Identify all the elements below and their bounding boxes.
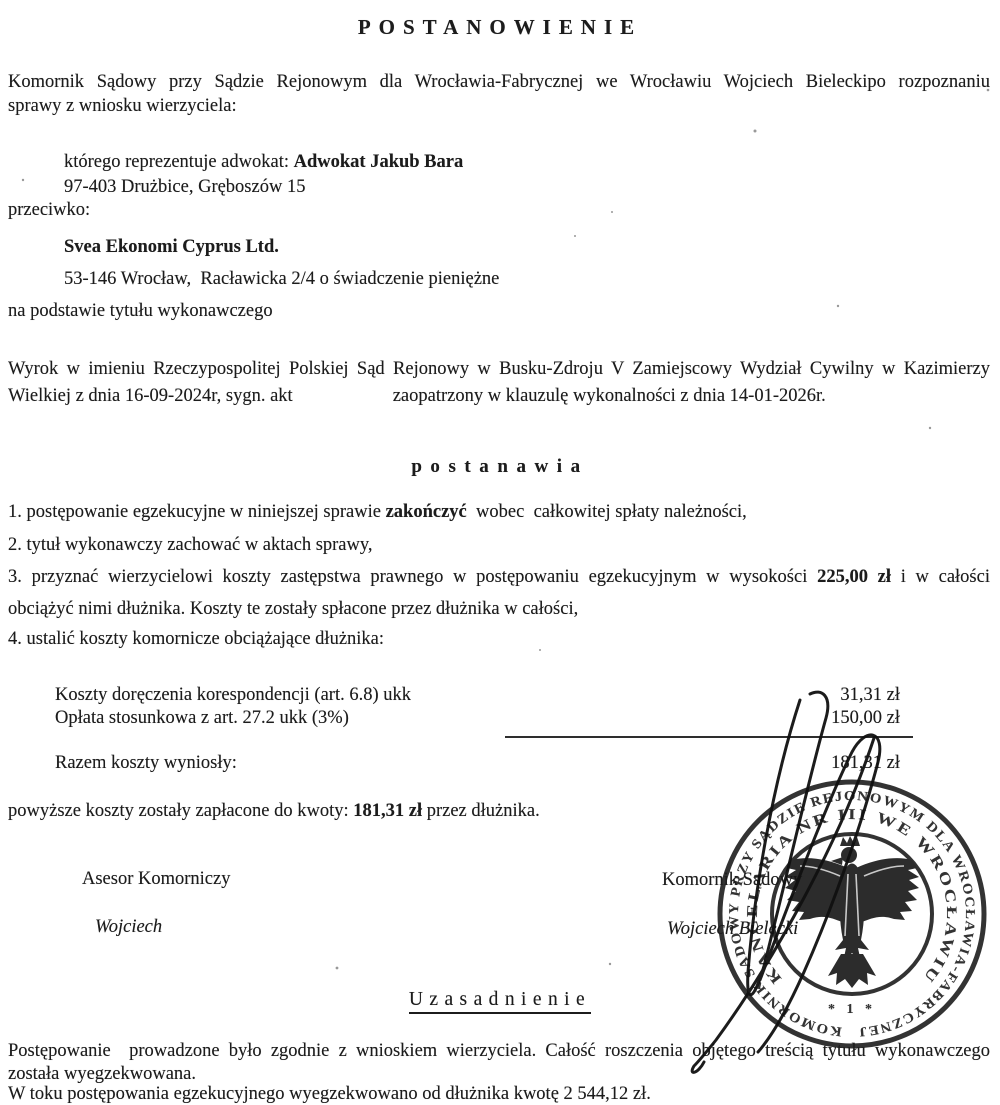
costs-paid-line: powyższe koszty zostały zapłacone do kwo… xyxy=(8,800,540,822)
creditor-representative-line: którego reprezentuje adwokat: Adwokat Ja… xyxy=(64,151,463,173)
order-item-3-line2: obciążyć nimi dłużnika. Koszty te został… xyxy=(8,598,578,620)
intro-paragraph-line2: sprawy z wniosku wierzyciela: xyxy=(8,95,237,117)
assessor-name: Wojciech xyxy=(95,916,162,938)
judgment-line2: Wielkiej z dnia 16-09-2024r, sygn. aktza… xyxy=(8,385,826,407)
against-label: przeciwko: xyxy=(8,199,90,221)
costs-paid-amount: 181,31 zł xyxy=(353,801,422,821)
reasoning-line2: została wyegzekwowana. xyxy=(8,1063,196,1085)
order-heading: postanawia xyxy=(0,456,1000,479)
order-item-3-tail: i w całości xyxy=(891,567,990,587)
bailiff-title: Komornik Sądowy xyxy=(662,869,802,891)
polish-eagle-icon xyxy=(785,836,919,988)
bailiff-name: Wojciech Bielecki xyxy=(667,918,798,940)
order-item-3-amount: 225,00 zł xyxy=(817,567,891,587)
judgment-line2-end: zaopatrzony w klauzulę wykonalności z dn… xyxy=(393,386,826,406)
debtor-address: 53-146 Wrocław, Racławicka 2/4 o świadcz… xyxy=(64,268,499,290)
document-title: POSTANOWIENIE xyxy=(0,15,1000,40)
cost-row-label: Opłata stosunkowa z art. 27.2 ukk (3%) xyxy=(55,707,349,729)
reasoning-heading: Uzasadnienie xyxy=(0,988,1000,1011)
cost-row-label: Koszty doręczenia korespondencji (art. 6… xyxy=(55,684,411,706)
representative-prefix: którego reprezentuje adwokat: xyxy=(64,152,294,172)
stamp-inner-text: KANCELARIA NR III WE WROCŁAWIU xyxy=(745,807,959,986)
reasoning-heading-text: Uzasadnienie xyxy=(409,989,591,1014)
cost-row-amount: 31,31 zł xyxy=(840,684,900,706)
order-item-2: 2. tytuł wykonawczy zachować w aktach sp… xyxy=(8,534,373,556)
costs-paid-text: powyższe koszty zostały zapłacone do kwo… xyxy=(8,801,353,821)
order-item-1-tail: wobec całkowitej spłaty należności, xyxy=(467,502,747,522)
judgment-line2-start: Wielkiej z dnia 16-09-2024r, sygn. akt xyxy=(8,386,293,406)
cost-row-amount: 150,00 zł xyxy=(831,707,900,729)
intro-paragraph-line1: Komornik Sądowy przy Sądzie Rejonowym dl… xyxy=(8,71,990,93)
stamp-inner-ring xyxy=(772,834,932,994)
scanned-court-decision-page: POSTANOWIENIE Komornik Sądowy przy Sądzi… xyxy=(0,0,1000,1105)
order-item-1: 1. postępowanie egzekucyjne w niniejszej… xyxy=(8,501,747,523)
assessor-title: Asesor Komorniczy xyxy=(82,868,230,890)
representative-address: 97-403 Drużbice, Gręboszów 15 xyxy=(64,176,305,198)
costs-paid-tail: przez dłużnika. xyxy=(422,801,540,821)
order-item-3-text: 3. przyznać wierzycielowi koszty zastęps… xyxy=(8,567,817,587)
reasoning-line3: W toku postępowania egzekucyjnego wyegze… xyxy=(8,1083,651,1105)
costs-total-label: Razem koszty wyniosły: xyxy=(55,752,237,774)
enforcement-basis: na podstawie tytułu wykonawczego xyxy=(8,300,273,322)
noise-specks xyxy=(22,89,990,970)
representative-name: Adwokat Jakub Bara xyxy=(294,152,464,172)
reasoning-line1: Postępowanie prowadzone było zgodnie z w… xyxy=(8,1040,990,1062)
debtor-name: Svea Ekonomi Cyprus Ltd. xyxy=(64,236,279,258)
order-item-1-bold: zakończyć xyxy=(386,502,467,522)
order-item-4: 4. ustalić koszty komornicze obciążające… xyxy=(8,628,384,650)
judgment-line1: Wyrok w imieniu Rzeczypospolitej Polskie… xyxy=(8,358,990,380)
order-item-3-line1: 3. przyznać wierzycielowi koszty zastęps… xyxy=(8,566,990,588)
order-item-1-text: 1. postępowanie egzekucyjne w niniejszej… xyxy=(8,502,386,522)
costs-total-amount: 181,31 zł xyxy=(831,752,900,774)
sum-divider-line xyxy=(505,736,913,738)
